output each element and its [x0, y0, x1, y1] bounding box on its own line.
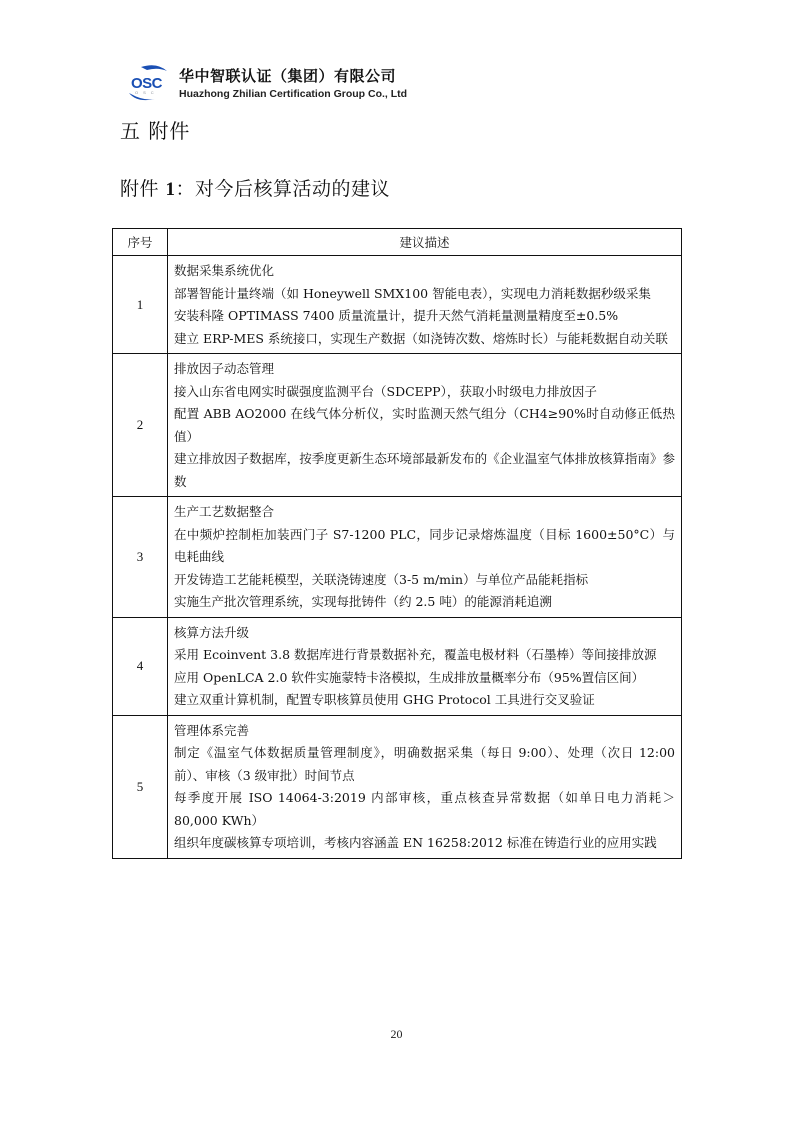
suggestion-heading: 管理体系完善 [174, 720, 675, 743]
suggestion-item: 建立排放因子数据库，按季度更新生态环境部最新发布的《企业温室气体排放核算指南》参… [174, 448, 675, 493]
row-description: 管理体系完善 制定《温室气体数据质量管理制度》，明确数据采集（每日 9:00）、… [168, 715, 682, 858]
row-description: 核算方法升级 采用 Ecoinvent 3.8 数据库进行背景数据补充，覆盖电极… [168, 617, 682, 715]
annex-title: 附件 1：对今后核算活动的建议 [120, 175, 390, 204]
section-title: 五 附件 [120, 117, 190, 145]
row-number: 1 [113, 256, 168, 354]
row-number: 2 [113, 354, 168, 497]
suggestion-item: 实施生产批次管理系统，实现每批铸件（约 2.5 吨）的能源消耗追溯 [174, 591, 675, 614]
suggestion-item: 部署智能计量终端（如 Honeywell SMX100 智能电表），实现电力消耗… [174, 283, 675, 306]
table-row: 3 生产工艺数据整合 在中频炉控制柜加装西门子 S7-1200 PLC，同步记录… [113, 497, 682, 618]
svg-text:OSC: OSC [135, 90, 159, 95]
company-header: OSC OSC 华中智联认证（集团）有限公司 Huazhong Zhilian … [127, 60, 407, 106]
annex-title-rest: ：对今后核算活动的建议 [176, 178, 391, 200]
row-description: 排放因子动态管理 接入山东省电网实时碳强度监测平台（SDCEPP），获取小时级电… [168, 354, 682, 497]
column-header-description: 建议描述 [168, 229, 682, 256]
company-logo: OSC OSC [127, 63, 171, 103]
company-name-cn: 华中智联认证（集团）有限公司 [179, 66, 407, 86]
row-description: 生产工艺数据整合 在中频炉控制柜加装西门子 S7-1200 PLC，同步记录熔炼… [168, 497, 682, 618]
suggestion-item: 配置 ABB AO2000 在线气体分析仪，实时监测天然气组分（CH4≥90%时… [174, 403, 675, 448]
page-number: 20 [0, 1027, 793, 1042]
suggestion-item: 接入山东省电网实时碳强度监测平台（SDCEPP），获取小时级电力排放因子 [174, 381, 675, 404]
suggestion-item: 开发铸造工艺能耗模型，关联浇铸速度（3-5 m/min）与单位产品能耗指标 [174, 569, 675, 592]
row-number: 4 [113, 617, 168, 715]
annex-title-prefix: 附件 [120, 178, 166, 200]
suggestion-item: 在中频炉控制柜加装西门子 S7-1200 PLC，同步记录熔炼温度（目标 160… [174, 524, 675, 569]
suggestion-item: 建立 ERP-MES 系统接口，实现生产数据（如浇铸次数、熔炼时长）与能耗数据自… [174, 328, 675, 351]
annex-title-number: 1 [166, 179, 176, 200]
suggestions-table: 序号 建议描述 1 数据采集系统优化 部署智能计量终端（如 Honeywell … [112, 228, 682, 859]
suggestion-heading: 生产工艺数据整合 [174, 501, 675, 524]
osc-logo-icon: OSC OSC [127, 63, 171, 103]
suggestion-heading: 数据采集系统优化 [174, 260, 675, 283]
suggestion-item: 建立双重计算机制，配置专职核算员使用 GHG Protocol 工具进行交叉验证 [174, 689, 675, 712]
suggestion-item: 每季度开展 ISO 14064-3:2019 内部审核，重点核查异常数据（如单日… [174, 787, 675, 832]
row-description: 数据采集系统优化 部署智能计量终端（如 Honeywell SMX100 智能电… [168, 256, 682, 354]
suggestion-item: 采用 Ecoinvent 3.8 数据库进行背景数据补充，覆盖电极材料（石墨棒）… [174, 644, 675, 667]
column-header-number: 序号 [113, 229, 168, 256]
company-name-en: Huazhong Zhilian Certification Group Co.… [179, 87, 407, 101]
row-number: 5 [113, 715, 168, 858]
suggestion-item: 安装科隆 OPTIMASS 7400 质量流量计，提升天然气消耗量测量精度至±0… [174, 305, 675, 328]
suggestion-heading: 排放因子动态管理 [174, 358, 675, 381]
table-row: 1 数据采集系统优化 部署智能计量终端（如 Honeywell SMX100 智… [113, 256, 682, 354]
table-header-row: 序号 建议描述 [113, 229, 682, 256]
suggestion-item: 应用 OpenLCA 2.0 软件实施蒙特卡洛模拟，生成排放量概率分布（95%置… [174, 667, 675, 690]
suggestion-item: 制定《温室气体数据质量管理制度》，明确数据采集（每日 9:00）、处理（次日 1… [174, 742, 675, 787]
suggestion-heading: 核算方法升级 [174, 622, 675, 645]
table-row: 4 核算方法升级 采用 Ecoinvent 3.8 数据库进行背景数据补充，覆盖… [113, 617, 682, 715]
row-number: 3 [113, 497, 168, 618]
table-row: 5 管理体系完善 制定《温室气体数据质量管理制度》，明确数据采集（每日 9:00… [113, 715, 682, 858]
suggestion-item: 组织年度碳核算专项培训，考核内容涵盖 EN 16258:2012 标准在铸造行业… [174, 832, 675, 855]
table-row: 2 排放因子动态管理 接入山东省电网实时碳强度监测平台（SDCEPP），获取小时… [113, 354, 682, 497]
